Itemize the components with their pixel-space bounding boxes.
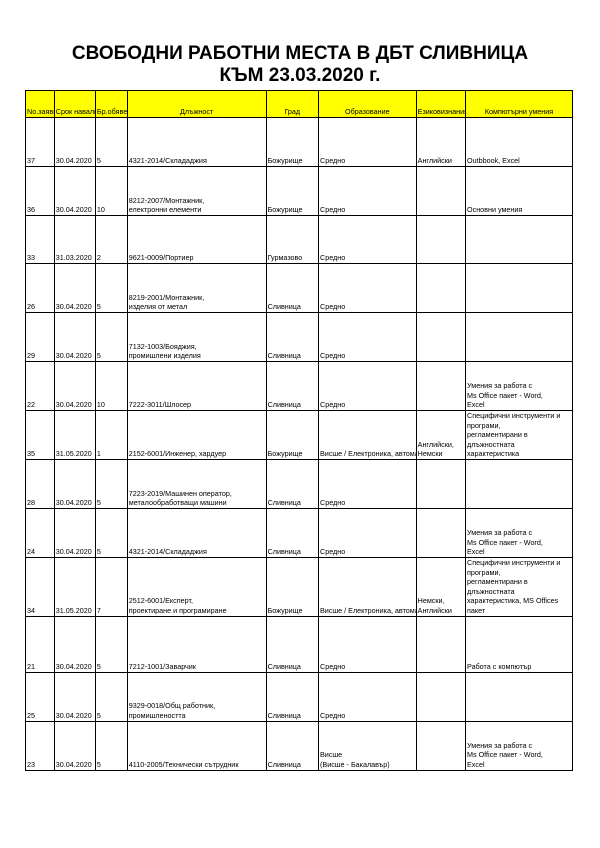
cell-computer-skills bbox=[466, 313, 573, 362]
cell-city: Сливница bbox=[266, 313, 318, 362]
header-text: валидност bbox=[82, 107, 95, 116]
cell-text: 4110-2005/Технически сътрудник bbox=[129, 760, 265, 770]
cell-validity: 30.04.2020 bbox=[54, 509, 95, 558]
header-city: Град bbox=[266, 91, 318, 118]
cell-validity: 31.03.2020 bbox=[54, 216, 95, 264]
cell-text: длъжностната bbox=[467, 440, 571, 450]
cell-text: Средно bbox=[320, 400, 415, 410]
cell-count: 5 bbox=[95, 313, 127, 362]
cell-text: Excel bbox=[467, 547, 571, 557]
cell-text: 8212-2007/Монтажник, bbox=[129, 196, 265, 206]
cell-text: Умения за работа с bbox=[467, 528, 571, 538]
cell-position: 8219-2001/Монтажник,изделия от метал bbox=[127, 264, 266, 313]
cell-computer-skills: Умения за работа сMs Office пакет - Word… bbox=[466, 721, 573, 770]
cell-text: Специфични инструменти и bbox=[467, 558, 571, 568]
cell-text: 8219-2001/Монтажник, bbox=[129, 293, 265, 303]
cell-languages bbox=[416, 313, 465, 362]
cell-text: Английски bbox=[418, 606, 464, 616]
cell-computer-skills: Outbbook, Excel bbox=[466, 118, 573, 167]
table-row: 3431.05.202072512-6001/Експерт,проектира… bbox=[26, 558, 573, 617]
cell-languages bbox=[416, 672, 465, 721]
cell-languages: Немски,Английски bbox=[416, 558, 465, 617]
cell-education: Висше / Електроника, автоматика bbox=[319, 411, 417, 460]
table-row: 3531.05.202012152-6001/Инженер, хардуерБ… bbox=[26, 411, 573, 460]
cell-position: 4110-2005/Технически сътрудник bbox=[127, 721, 266, 770]
cell-education: Средно bbox=[319, 167, 417, 216]
header-text: Образование bbox=[345, 107, 390, 116]
table-row: 2130.04.202057212-1001/ЗаварчикСливницаС… bbox=[26, 616, 573, 672]
header-text: Длъжност bbox=[180, 107, 213, 116]
cell-position: 4321-2014/Склададжия bbox=[127, 509, 266, 558]
cell-text: промишлеността bbox=[129, 711, 265, 721]
cell-education: Средно bbox=[319, 616, 417, 672]
header-text: знания bbox=[445, 107, 466, 116]
cell-validity: 30.04.2020 bbox=[54, 721, 95, 770]
cell-city: Божурище bbox=[266, 118, 318, 167]
cell-languages bbox=[416, 460, 465, 509]
cell-education: Висше(Висше - Бакалавър) bbox=[319, 721, 417, 770]
cell-text: Умения за работа с bbox=[467, 381, 571, 391]
document-subtitle-date: КЪМ 23.03.2020 г. bbox=[0, 65, 600, 87]
cell-city: Божурище bbox=[266, 411, 318, 460]
cell-computer-skills: Специфични инструменти ипрограми,регламе… bbox=[466, 411, 573, 460]
cell-count: 5 bbox=[95, 672, 127, 721]
cell-text: длъжностната bbox=[467, 587, 571, 597]
cell-text: (Висше - Бакалавър) bbox=[320, 760, 415, 770]
cell-city: Сливница bbox=[266, 460, 318, 509]
cell-computer-skills: Умения за работа сMs Office пакет - Word… bbox=[466, 362, 573, 411]
cell-computer-skills: Умения за работа сMs Office пакет - Word… bbox=[466, 509, 573, 558]
header-count: Бр.обявени bbox=[95, 91, 127, 118]
cell-text: Средно bbox=[320, 351, 415, 361]
cell-text: Висше bbox=[320, 750, 415, 760]
cell-position: 9621-0009/Портиер bbox=[127, 216, 266, 264]
cell-validity: 30.04.2020 bbox=[54, 118, 95, 167]
header-text: Град bbox=[284, 107, 300, 116]
cell-languages bbox=[416, 362, 465, 411]
cell-text: регламентирани в bbox=[467, 430, 571, 440]
header-validity: Срок навалидност bbox=[54, 91, 95, 118]
cell-city: Сливница bbox=[266, 672, 318, 721]
cell-text: Средно bbox=[320, 498, 415, 508]
cell-text: регламентирани в bbox=[467, 577, 571, 587]
cell-count: 5 bbox=[95, 616, 127, 672]
cell-position: 7212-1001/Заварчик bbox=[127, 616, 266, 672]
header-languages: Езиковизнания bbox=[416, 91, 465, 118]
cell-validity: 30.04.2020 bbox=[54, 167, 95, 216]
header-text: Компютърни умения bbox=[485, 107, 553, 116]
cell-languages bbox=[416, 264, 465, 313]
cell-request-no: 24 bbox=[26, 509, 55, 558]
cell-computer-skills: Работа с компютър bbox=[466, 616, 573, 672]
cell-text: 7212-1001/Заварчик bbox=[129, 662, 265, 672]
cell-position: 4321-2014/Склададжия bbox=[127, 118, 266, 167]
table-body: 3730.04.202054321-2014/СклададжияБожурищ… bbox=[26, 118, 573, 771]
document-title: СВОБОДНИ РАБОТНИ МЕСТА В ДБТ СЛИВНИЦА bbox=[0, 43, 600, 65]
cell-computer-skills bbox=[466, 216, 573, 264]
cell-count: 1 bbox=[95, 411, 127, 460]
table-row: 3730.04.202054321-2014/СклададжияБожурищ… bbox=[26, 118, 573, 167]
cell-education: Средно bbox=[319, 313, 417, 362]
table-row: 2230.04.2020107222-3011/ШлосерСливницаСр… bbox=[26, 362, 573, 411]
cell-position: 2152-6001/Инженер, хардуер bbox=[127, 411, 266, 460]
cell-text: Ms Office пакет - Word, bbox=[467, 538, 571, 548]
cell-education: Средно bbox=[319, 118, 417, 167]
cell-computer-skills: Специфични инструменти ипрограми,регламе… bbox=[466, 558, 573, 617]
cell-education: Средно bbox=[319, 216, 417, 264]
cell-validity: 30.04.2020 bbox=[54, 264, 95, 313]
cell-languages bbox=[416, 167, 465, 216]
cell-count: 5 bbox=[95, 118, 127, 167]
table-row: 2830.04.202057223-2019/Машинен оператор,… bbox=[26, 460, 573, 509]
cell-text: Основни умения bbox=[467, 205, 571, 215]
header-text: Срок на bbox=[56, 107, 82, 116]
cell-validity: 30.04.2020 bbox=[54, 616, 95, 672]
cell-text: 9329-0018/Общ работник, bbox=[129, 701, 265, 711]
cell-validity: 30.04.2020 bbox=[54, 672, 95, 721]
cell-request-no: 36 bbox=[26, 167, 55, 216]
cell-text: 7222-3011/Шлосер bbox=[129, 400, 265, 410]
cell-validity: 31.05.2020 bbox=[54, 411, 95, 460]
cell-text: Висше / Електроника, автоматика bbox=[320, 449, 415, 459]
header-request-no: No.заявка bbox=[26, 91, 55, 118]
cell-education: Средно bbox=[319, 264, 417, 313]
vacancies-table: No.заявкаСрок навалидностБр.обявениДлъжн… bbox=[25, 90, 573, 771]
table-row: 2430.04.202054321-2014/СклададжияСливниц… bbox=[26, 509, 573, 558]
cell-text: 9621-0009/Портиер bbox=[129, 253, 265, 263]
cell-request-no: 34 bbox=[26, 558, 55, 617]
cell-city: Сливница bbox=[266, 616, 318, 672]
header-computer-skills: Компютърни умения bbox=[466, 91, 573, 118]
cell-languages bbox=[416, 216, 465, 264]
cell-text: Ms Office пакет - Word, bbox=[467, 750, 571, 760]
cell-city: Божурище bbox=[266, 167, 318, 216]
cell-text: Средно bbox=[320, 711, 415, 721]
cell-request-no: 29 bbox=[26, 313, 55, 362]
cell-text: 4321-2014/Склададжия bbox=[129, 156, 265, 166]
cell-count: 5 bbox=[95, 509, 127, 558]
cell-computer-skills bbox=[466, 460, 573, 509]
cell-text: характеристика bbox=[467, 449, 571, 459]
cell-text: Средно bbox=[320, 302, 415, 312]
cell-request-no: 37 bbox=[26, 118, 55, 167]
cell-text: Английски, bbox=[418, 440, 464, 450]
header-text: No. bbox=[27, 107, 38, 116]
header-text: Езикови bbox=[418, 107, 445, 116]
cell-text: Висше / Електроника, автоматика bbox=[320, 606, 415, 616]
cell-request-no: 23 bbox=[26, 721, 55, 770]
cell-text: 7223-2019/Машинен оператор, bbox=[129, 489, 265, 499]
cell-count: 5 bbox=[95, 721, 127, 770]
cell-text: характеристика, MS Offices bbox=[467, 596, 571, 606]
cell-position: 7222-3011/Шлосер bbox=[127, 362, 266, 411]
cell-education: Средно bbox=[319, 362, 417, 411]
cell-request-no: 33 bbox=[26, 216, 55, 264]
table-row: 3630.04.2020108212-2007/Монтажник,електр… bbox=[26, 167, 573, 216]
cell-text: Специфични инструменти и bbox=[467, 411, 571, 421]
cell-text: промишлени изделия bbox=[129, 351, 265, 361]
cell-text: електронни елементи bbox=[129, 205, 265, 215]
cell-request-no: 26 bbox=[26, 264, 55, 313]
header-education: Образование bbox=[319, 91, 417, 118]
header-text: обявени bbox=[108, 107, 128, 116]
cell-request-no: 25 bbox=[26, 672, 55, 721]
cell-text: Outbbook, Excel bbox=[467, 156, 571, 166]
cell-text: Средно bbox=[320, 156, 415, 166]
cell-city: Сливница bbox=[266, 362, 318, 411]
cell-text: Немски bbox=[418, 449, 464, 459]
header-text: заявка bbox=[38, 107, 54, 116]
cell-text: 7132-1003/Бояджия, bbox=[129, 342, 265, 352]
table-row: 2930.04.202057132-1003/Бояджия,промишлен… bbox=[26, 313, 573, 362]
cell-text: Средно bbox=[320, 253, 415, 263]
cell-count: 5 bbox=[95, 264, 127, 313]
cell-count: 10 bbox=[95, 167, 127, 216]
cell-text: 4321-2014/Склададжия bbox=[129, 547, 265, 557]
cell-validity: 30.04.2020 bbox=[54, 460, 95, 509]
cell-text: Средно bbox=[320, 662, 415, 672]
cell-text: Работа с компютър bbox=[467, 662, 571, 672]
cell-computer-skills bbox=[466, 672, 573, 721]
table-row: 2630.04.202058219-2001/Монтажник,изделия… bbox=[26, 264, 573, 313]
cell-text: 2152-6001/Инженер, хардуер bbox=[129, 449, 265, 459]
cell-request-no: 28 bbox=[26, 460, 55, 509]
cell-count: 10 bbox=[95, 362, 127, 411]
cell-validity: 30.04.2020 bbox=[54, 313, 95, 362]
cell-text: Английски bbox=[418, 156, 464, 166]
cell-position: 7132-1003/Бояджия,промишлени изделия bbox=[127, 313, 266, 362]
cell-text: Excel bbox=[467, 760, 571, 770]
cell-computer-skills: Основни умения bbox=[466, 167, 573, 216]
cell-city: Сливница bbox=[266, 721, 318, 770]
cell-languages bbox=[416, 721, 465, 770]
cell-text: програми, bbox=[467, 568, 571, 578]
cell-education: Средно bbox=[319, 509, 417, 558]
cell-position: 9329-0018/Общ работник,промишлеността bbox=[127, 672, 266, 721]
cell-text: Excel bbox=[467, 400, 571, 410]
table-row: 3331.03.202029621-0009/ПортиерГурмазовоС… bbox=[26, 216, 573, 264]
header-position: Длъжност bbox=[127, 91, 266, 118]
cell-position: 8212-2007/Монтажник,електронни елементи bbox=[127, 167, 266, 216]
cell-education: Средно bbox=[319, 460, 417, 509]
cell-city: Сливница bbox=[266, 264, 318, 313]
cell-text: Средно bbox=[320, 205, 415, 215]
table-header-row: No.заявкаСрок навалидностБр.обявениДлъжн… bbox=[26, 91, 573, 118]
cell-request-no: 21 bbox=[26, 616, 55, 672]
cell-text: проектиране и програмиране bbox=[129, 606, 265, 616]
cell-count: 7 bbox=[95, 558, 127, 617]
cell-text: металообработващи машини bbox=[129, 498, 265, 508]
cell-count: 2 bbox=[95, 216, 127, 264]
cell-count: 5 bbox=[95, 460, 127, 509]
cell-text: Немски, bbox=[418, 596, 464, 606]
cell-languages bbox=[416, 509, 465, 558]
cell-request-no: 35 bbox=[26, 411, 55, 460]
table-row: 2530.04.202059329-0018/Общ работник,пром… bbox=[26, 672, 573, 721]
cell-text: Средно bbox=[320, 547, 415, 557]
cell-education: Средно bbox=[319, 672, 417, 721]
cell-text: програми, bbox=[467, 421, 571, 431]
cell-validity: 30.04.2020 bbox=[54, 362, 95, 411]
cell-request-no: 22 bbox=[26, 362, 55, 411]
cell-text: Ms Office пакет - Word, bbox=[467, 391, 571, 401]
table-row: 2330.04.202054110-2005/Технически сътруд… bbox=[26, 721, 573, 770]
cell-city: Гурмазово bbox=[266, 216, 318, 264]
cell-languages bbox=[416, 616, 465, 672]
cell-text: изделия от метал bbox=[129, 302, 265, 312]
cell-city: Божурище bbox=[266, 558, 318, 617]
cell-languages: Английски,Немски bbox=[416, 411, 465, 460]
cell-languages: Английски bbox=[416, 118, 465, 167]
cell-text: пакет bbox=[467, 606, 571, 616]
cell-computer-skills bbox=[466, 264, 573, 313]
cell-text: Умения за работа с bbox=[467, 741, 571, 751]
cell-position: 2512-6001/Експерт,проектиране и програми… bbox=[127, 558, 266, 617]
cell-validity: 31.05.2020 bbox=[54, 558, 95, 617]
cell-text: 2512-6001/Експерт, bbox=[129, 596, 265, 606]
cell-position: 7223-2019/Машинен оператор,металообработ… bbox=[127, 460, 266, 509]
header-text: Бр. bbox=[97, 107, 108, 116]
cell-education: Висше / Електроника, автоматика bbox=[319, 558, 417, 617]
cell-city: Сливница bbox=[266, 509, 318, 558]
